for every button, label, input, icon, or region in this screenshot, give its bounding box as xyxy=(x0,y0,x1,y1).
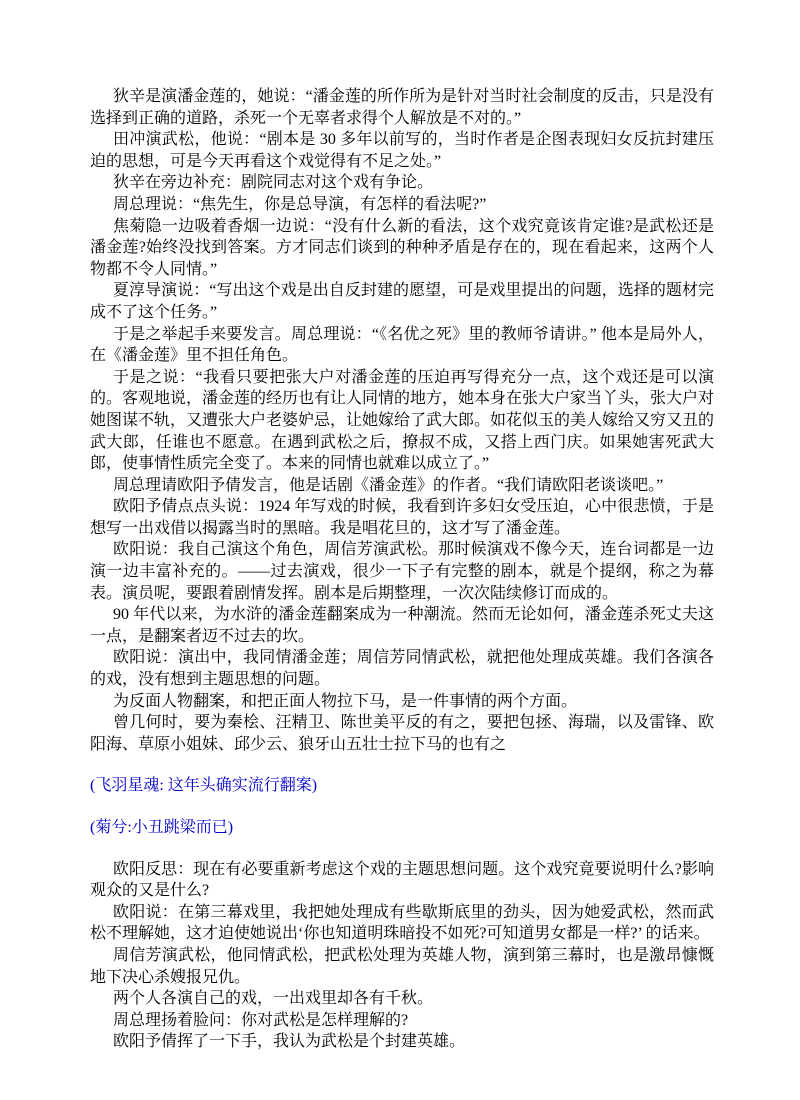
document-body: 狄辛是演潘金莲的，她说：“潘金莲的所作所为是针对当时社会制度的反击，只是没有选择… xyxy=(90,86,714,1053)
paragraph: 田冲演武松，他说：“剧本是 30 多年以前写的，当时作者是企图表现妇女反抗封建压… xyxy=(90,129,714,172)
paragraph: 欧阳说：我自己演这个角色，周信芳演武松。那时候演戏不像今天，连台词都是一边演一边… xyxy=(90,539,714,604)
paragraph: 周总理扬着脸问：你对武松是怎样理解的? xyxy=(90,1010,714,1032)
annotation-line: (菊兮:小丑跳梁而已) xyxy=(90,817,714,839)
paragraph: 狄辛是演潘金莲的，她说：“潘金莲的所作所为是针对当时社会制度的反击，只是没有选择… xyxy=(90,86,714,129)
paragraph: 欧阳说：在第三幕戏里，我把她处理成有些歇斯底里的劲头，因为她爱武松，然而武松不理… xyxy=(90,902,714,945)
document-page: 狄辛是演潘金莲的，她说：“潘金莲的所作所为是针对当时社会制度的反击，只是没有选择… xyxy=(0,0,800,1100)
paragraph: 于是之说：“我看只要把张大户对潘金莲的压迫再写得充分一点，这个戏还是可以演的。客… xyxy=(90,367,714,475)
paragraph: 为反面人物翻案，和把正面人物拉下马，是一件事情的两个方面。 xyxy=(90,691,714,713)
paragraph: 欧阳予倩挥了一下手，我认为武松是个封建英雄。 xyxy=(90,1031,714,1053)
paragraph: 狄辛在旁边补充：剧院同志对这个戏有争论。 xyxy=(90,172,714,194)
paragraph: 周总理说：“焦先生，你是总导演，有怎样的看法呢?” xyxy=(90,194,714,216)
paragraph: 欧阳反思：现在有必要重新考虑这个戏的主题思想问题。这个戏究竟要说明什么?影响观众… xyxy=(90,859,714,902)
paragraph: 夏淳导演说：“写出这个戏是出自反封建的愿望，可是戏里提出的问题，选择的题材完成不… xyxy=(90,280,714,323)
paragraph: 欧阳予倩点点头说：1924 年写戏的时候，我看到许多妇女受压迫，心中很悲愤，于是… xyxy=(90,496,714,539)
paragraph: 两个人各演自己的戏，一出戏里却各有千秋。 xyxy=(90,988,714,1010)
paragraph: 曾几何时，要为秦桧、汪精卫、陈世美平反的有之，要把包拯、海瑞，以及雷锋、欧阳海、… xyxy=(90,712,714,755)
paragraph: 欧阳说：演出中，我同情潘金莲；周信芳同情武松，就把他处理成英雄。我们各演各的戏，… xyxy=(90,647,714,690)
paragraph: 周信芳演武松，他同情武松，把武松处理为英雄人物，演到第三幕时，也是激昂慷慨地下决… xyxy=(90,945,714,988)
paragraph: 于是之举起手来要发言。周总理说：“《名优之死》里的教师爷请讲。” 他本是局外人，… xyxy=(90,324,714,367)
paragraph: 焦菊隐一边吸着香烟一边说：“没有什么新的看法，这个戏究竟该肯定谁?是武松还是潘金… xyxy=(90,216,714,281)
annotation-line: (飞羽星魂: 这年头确实流行翻案) xyxy=(90,775,714,797)
paragraph: 周总理请欧阳予倩发言，他是话剧《潘金莲》的作者。“我们请欧阳老谈谈吧。” xyxy=(90,475,714,497)
paragraph: 90 年代以来，为水浒的潘金莲翻案成为一种潮流。然而无论如何，潘金莲杀死丈夫这一… xyxy=(90,604,714,647)
